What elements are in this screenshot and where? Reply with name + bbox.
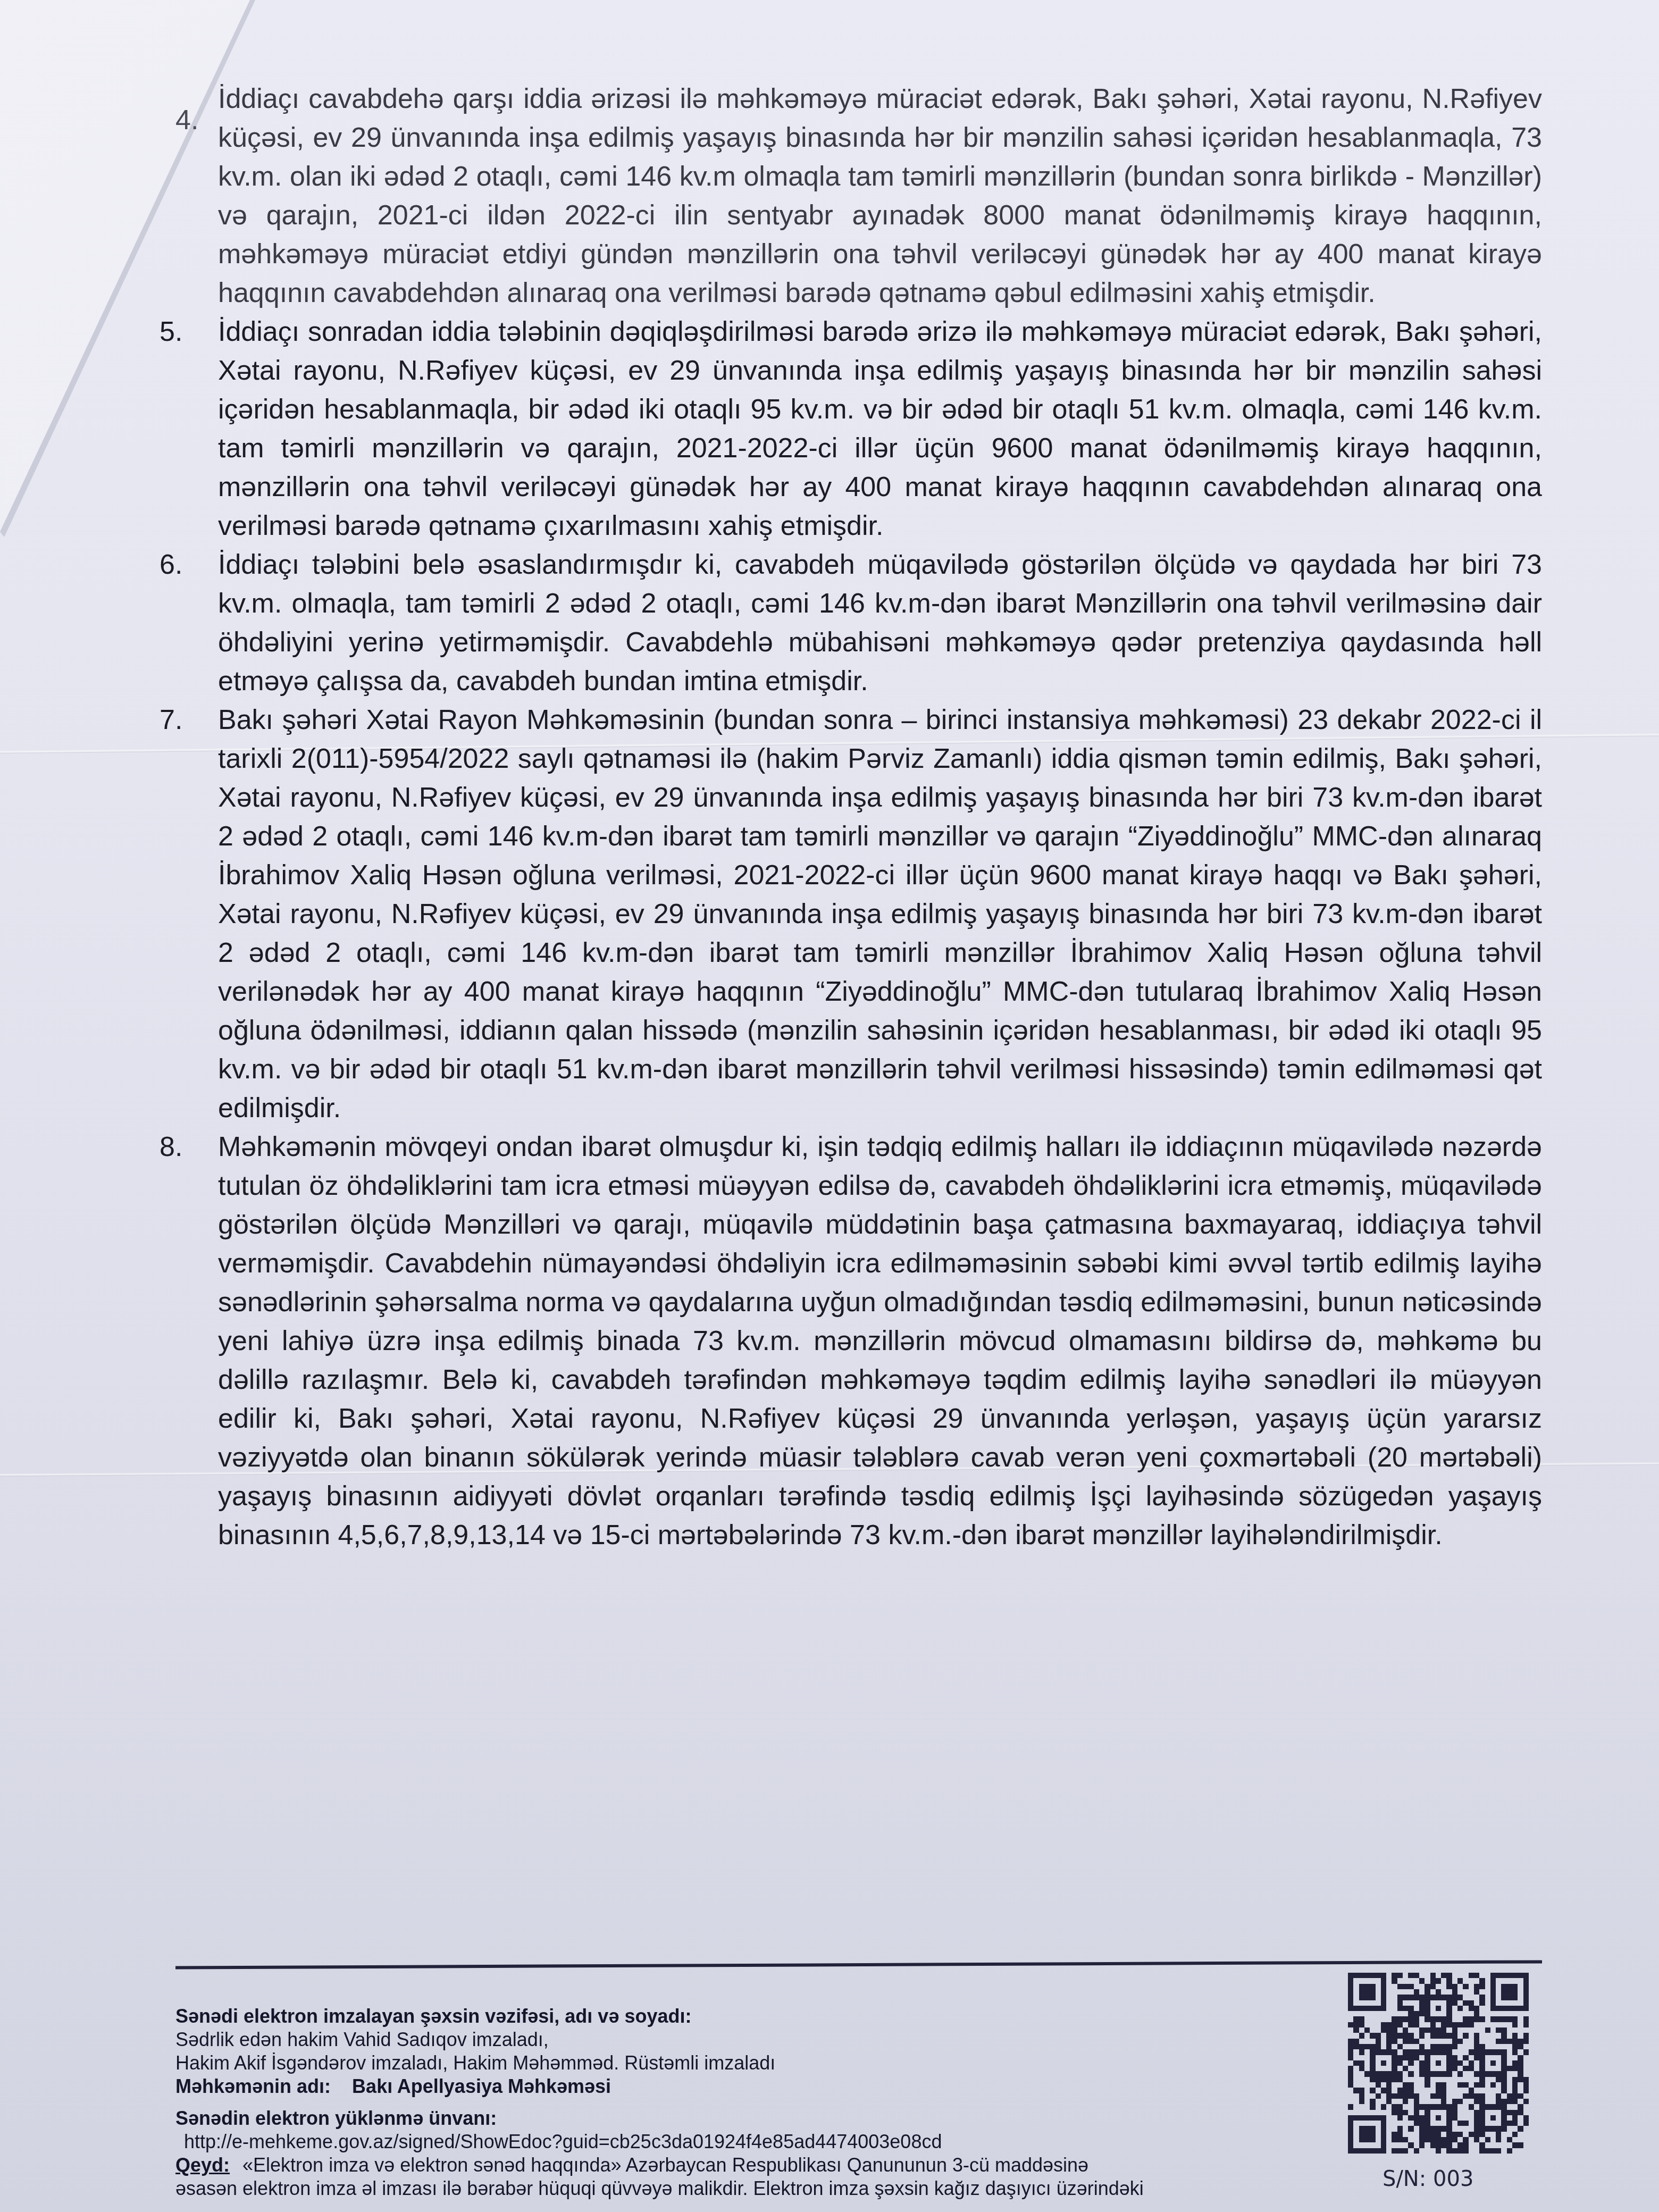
url-label: Sənədin elektron yüklənmə ünvanı: xyxy=(175,2107,1345,2130)
signer-line: Hakim Akif İsgəndərov imzaladı, Hakim Mə… xyxy=(175,2051,1345,2075)
court-name: Bakı Apellyasiya Məhkəməsi xyxy=(352,2075,611,2097)
signature-block: Sənədi elektron imzalayan şəxsin vəzifəs… xyxy=(175,2005,1345,2200)
paragraph-5: 5. İddiaçı sonradan iddia tələbinin dəqi… xyxy=(160,313,1542,546)
qr-code-icon xyxy=(1348,1973,1529,2154)
note-label: Qeyd: xyxy=(175,2154,230,2176)
paragraph-number: 7. xyxy=(160,701,207,740)
paragraph-number: 8. xyxy=(160,1128,207,1167)
note-text-continued: əsasən elektron imza əl imzası ilə bərab… xyxy=(175,2177,1345,2200)
signer-line: Sədrlik edən hakim Vahid Sadıqov imzalad… xyxy=(175,2028,1345,2051)
document-url[interactable]: http://e-mehkeme.gov.az/signed/ShowEdoc?… xyxy=(175,2130,1345,2154)
paragraph-text: Bakı şəhəri Xətai Rayon Məhkəməsinin (bu… xyxy=(218,705,1542,1124)
note-text: «Elektron imza və elektron sənəd haqqınd… xyxy=(242,2154,1088,2176)
note-row: Qeyd: «Elektron imza və elektron sənəd h… xyxy=(175,2154,1345,2177)
paragraph-number: 5. xyxy=(160,313,207,351)
paragraph-4: 4. İddiaçı cavabdehə qarşı iddia ərizəsi… xyxy=(160,80,1542,313)
court-row: Məhkəmənin adı: Bakı Apellyasiya Məhkəmə… xyxy=(175,2075,1345,2098)
serial-number: S/N: 003 xyxy=(1382,2167,1473,2191)
court-label: Məhkəmənin adı: xyxy=(175,2075,331,2097)
paragraph-number: 6. xyxy=(160,546,207,584)
paragraph-7: 7. Bakı şəhəri Xətai Rayon Məhkəməsinin … xyxy=(160,701,1542,1128)
paragraph-text: İddiaçı sonradan iddia tələbinin dəqiqlə… xyxy=(218,316,1542,541)
paragraph-text: İddiaçı tələbini belə əsaslandırmışdır k… xyxy=(218,549,1542,697)
paragraph-number: 4. xyxy=(175,101,223,140)
paragraph-8: 8. Məhkəmənin mövqeyi ondan ibarət olmuş… xyxy=(160,1128,1542,1555)
signers-label: Sənədi elektron imzalayan şəxsin vəzifəs… xyxy=(175,2005,1345,2028)
paragraph-text: Məhkəmənin mövqeyi ondan ibarət olmuşdur… xyxy=(218,1132,1542,1551)
paragraph-6: 6. İddiaçı tələbini belə əsaslandırmışdı… xyxy=(160,546,1542,701)
document-body: 4. İddiaçı cavabdehə qarşı iddia ərizəsi… xyxy=(160,80,1542,1555)
paragraph-text: İddiaçı cavabdehə qarşı iddia ərizəsi il… xyxy=(218,83,1542,308)
